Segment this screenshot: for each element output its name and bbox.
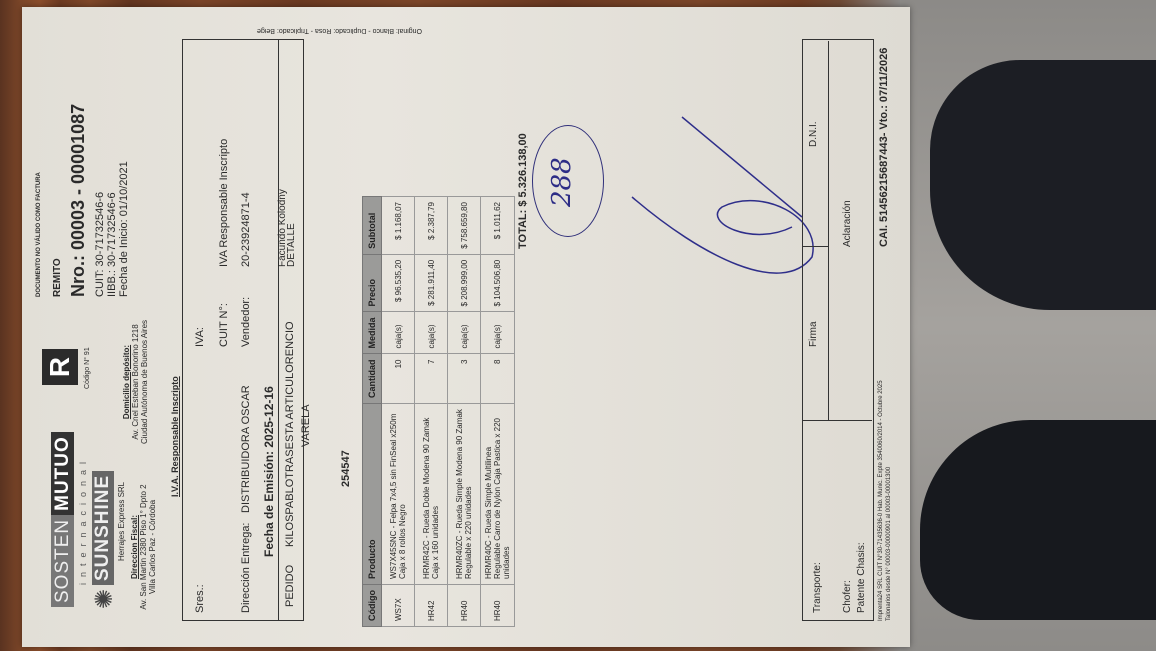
company-tax-info: CUIT: 30-71732546-6 IIBB.: 30-71732546-6… [94, 161, 130, 297]
direccion-label: Dirección Entrega: [240, 523, 252, 614]
not-valid-notice: DOCUMENTO NO VÁLIDO COMO FACTURA [36, 172, 42, 297]
cell-medida: caja(s) [415, 312, 448, 354]
printer-info: Imprenta24 SRL CUIT N°30-71435636-0 Hab.… [878, 380, 884, 621]
cuit: CUIT: 30-71732546-6 [94, 161, 106, 297]
deposit-line: Ciudad Autónoma de Buenos Aires [140, 297, 149, 467]
cell-cantidad: 10 [382, 354, 415, 404]
vendedor-value: 20-23924871-4 [240, 192, 252, 267]
fiscal-line: Av. San Martin 2380 Piso 1° Dpto 2 [139, 457, 148, 637]
deposit-address: Domicilio depósito: Av. Cnel Esteban Bon… [122, 297, 149, 467]
chofer-label: Chofer: [842, 580, 853, 613]
cell-cantidad: 3 [448, 354, 481, 404]
detalle-label: DETALLE [287, 189, 296, 267]
aclaracion-label: Aclaración [842, 200, 853, 247]
col-medida: Medida [363, 312, 382, 354]
doc-type: REMITO [52, 258, 63, 297]
firma-label: Firma [808, 321, 819, 347]
total-amount: TOTAL: $ 5.326.138,00 [517, 133, 529, 249]
divider [802, 246, 828, 247]
iva-value: IVA Responsable Inscripto [218, 139, 230, 267]
patente-label: Patente Chasis: [856, 542, 867, 613]
cell-medida: caja(s) [382, 312, 415, 354]
cell-cantidad: 7 [415, 354, 448, 404]
items-table: Código Producto Cantidad Medida Precio S… [362, 196, 515, 627]
deposit-line: Av. Cnel Esteban Bonorino 1218 [131, 297, 140, 467]
sun-logo-icon: ✺ [90, 589, 119, 609]
brand-internacional: internacional [78, 456, 88, 585]
cell-cantidad: 8 [481, 354, 515, 404]
direccion-value: DISTRIBUIDORA OSCAR [240, 385, 252, 513]
pedido-label: PEDIDO [284, 565, 296, 607]
cell-producto: HRMR42C - Rueda Doble Modena 90 Zamak Ca… [415, 404, 448, 585]
cell-precio: $ 96.535,20 [382, 254, 415, 312]
col-producto: Producto [363, 404, 382, 585]
cuit-label: CUIT N°: [218, 303, 230, 347]
fiscal-line: Villa Carlos Paz - Córdoba [148, 457, 157, 637]
doc-number: Nro.: 00003 - 00001087 [68, 104, 89, 297]
cell-producto: WS7X45SNC - Felpa 7x4,5 sin FinSeal x250… [382, 404, 415, 585]
fiscal-address: Direccion Fiscal: Av. San Martin 2380 Pi… [130, 457, 157, 637]
shoe [920, 420, 1156, 620]
dni-label: D.N.I. [808, 121, 819, 147]
pedido-value: KILOSPABLOTRASESTA ARTICULORENCIO [284, 321, 296, 547]
brand-mutuo: MUTUO [51, 432, 74, 515]
brand-sunshine: SUNSHINE [92, 471, 114, 585]
cell-producto: HRMR40C - Rueda Simple Multilinea Regula… [481, 404, 515, 585]
cell-subtotal: $ 758.659,80 [448, 197, 481, 255]
cell-codigo: HR42 [415, 585, 448, 627]
iva-condition: I.V.A. Responsable Inscripto [170, 376, 180, 497]
cell-codigo: HR40 [448, 585, 481, 627]
table-row: HR40HRMR40ZC - Rueda Simple Modena 90 Za… [448, 197, 481, 627]
cell-precio: $ 208.999,00 [448, 254, 481, 312]
shoe [930, 60, 1156, 310]
col-codigo: Código [363, 585, 382, 627]
cell-medida: caja(s) [481, 312, 515, 354]
cell-codigo: WS7X [382, 585, 415, 627]
transporte-label: Transporte: [812, 562, 823, 613]
cell-medida: caja(s) [448, 312, 481, 354]
cell-subtotal: $ 1.168,07 [382, 197, 415, 255]
remito-document: SOSTENMUTUO internacional ✺ SUNSHINE Her… [22, 7, 910, 647]
cell-codigo: HR40 [481, 585, 515, 627]
cell-precio: $ 281.911,40 [415, 254, 448, 312]
divider [828, 41, 829, 421]
col-subtotal: Subtotal [363, 197, 382, 255]
table-row: WS7XWS7X45SNC - Felpa 7x4,5 sin FinSeal … [382, 197, 415, 627]
col-cantidad: Cantidad [363, 354, 382, 404]
table-row: HR40HRMR40C - Rueda Simple Multilinea Re… [481, 197, 515, 627]
cell-subtotal: $ 1.011,62 [481, 197, 515, 255]
fiscal-title: Direccion Fiscal: [130, 457, 139, 637]
copies-legend: Original: Blanco - Duplicado: Rosa - Tri… [257, 27, 422, 34]
sres-label: Sres.: [194, 584, 206, 613]
detalle-block: Facundo KolodnyDETALLE [278, 189, 296, 267]
table-row: HR42HRMR42C - Rueda Doble Modena 90 Zama… [415, 197, 448, 627]
cell-subtotal: $ 2.387,79 [415, 197, 448, 255]
doc-letter-box: R [42, 349, 78, 385]
col-precio: Precio [363, 254, 382, 312]
pedido-value-2: VARELA [300, 404, 312, 447]
iibb: IIBB.: 30-71732546-6 [106, 161, 118, 297]
brand-sosten: SOSTEN [51, 515, 74, 607]
vendedor-label: Vendedor: [240, 297, 252, 347]
doc-code: Código N° 91 [84, 347, 91, 389]
printer-range: Talonarios desde N° 00003-00000901 al 00… [886, 467, 892, 621]
handwritten-note: 288 [547, 157, 577, 207]
cell-producto: HRMR40ZC - Rueda Simple Modena 90 Zamak … [448, 404, 481, 585]
start-date: Fecha de Inicio: 01/10/2021 [118, 161, 130, 297]
deposit-title: Domicilio depósito: [122, 297, 131, 467]
cai-number: CAI. 51456215687443- Vto.: 07/11/2026 [878, 48, 890, 247]
iva-label: IVA: [194, 327, 206, 347]
reference-number: 254547 [340, 450, 352, 487]
issue-date: Fecha de Emisión: 2025-12-16 [262, 386, 276, 557]
divider [278, 39, 279, 621]
cell-precio: $ 104.506,80 [481, 254, 515, 312]
signature-scribble [622, 97, 822, 317]
company-name: Herrajes Express SRL [117, 482, 126, 561]
brand-logo: SOSTENMUTUO [52, 432, 74, 607]
document-photo: SOSTENMUTUO internacional ✺ SUNSHINE Her… [22, 6, 910, 648]
